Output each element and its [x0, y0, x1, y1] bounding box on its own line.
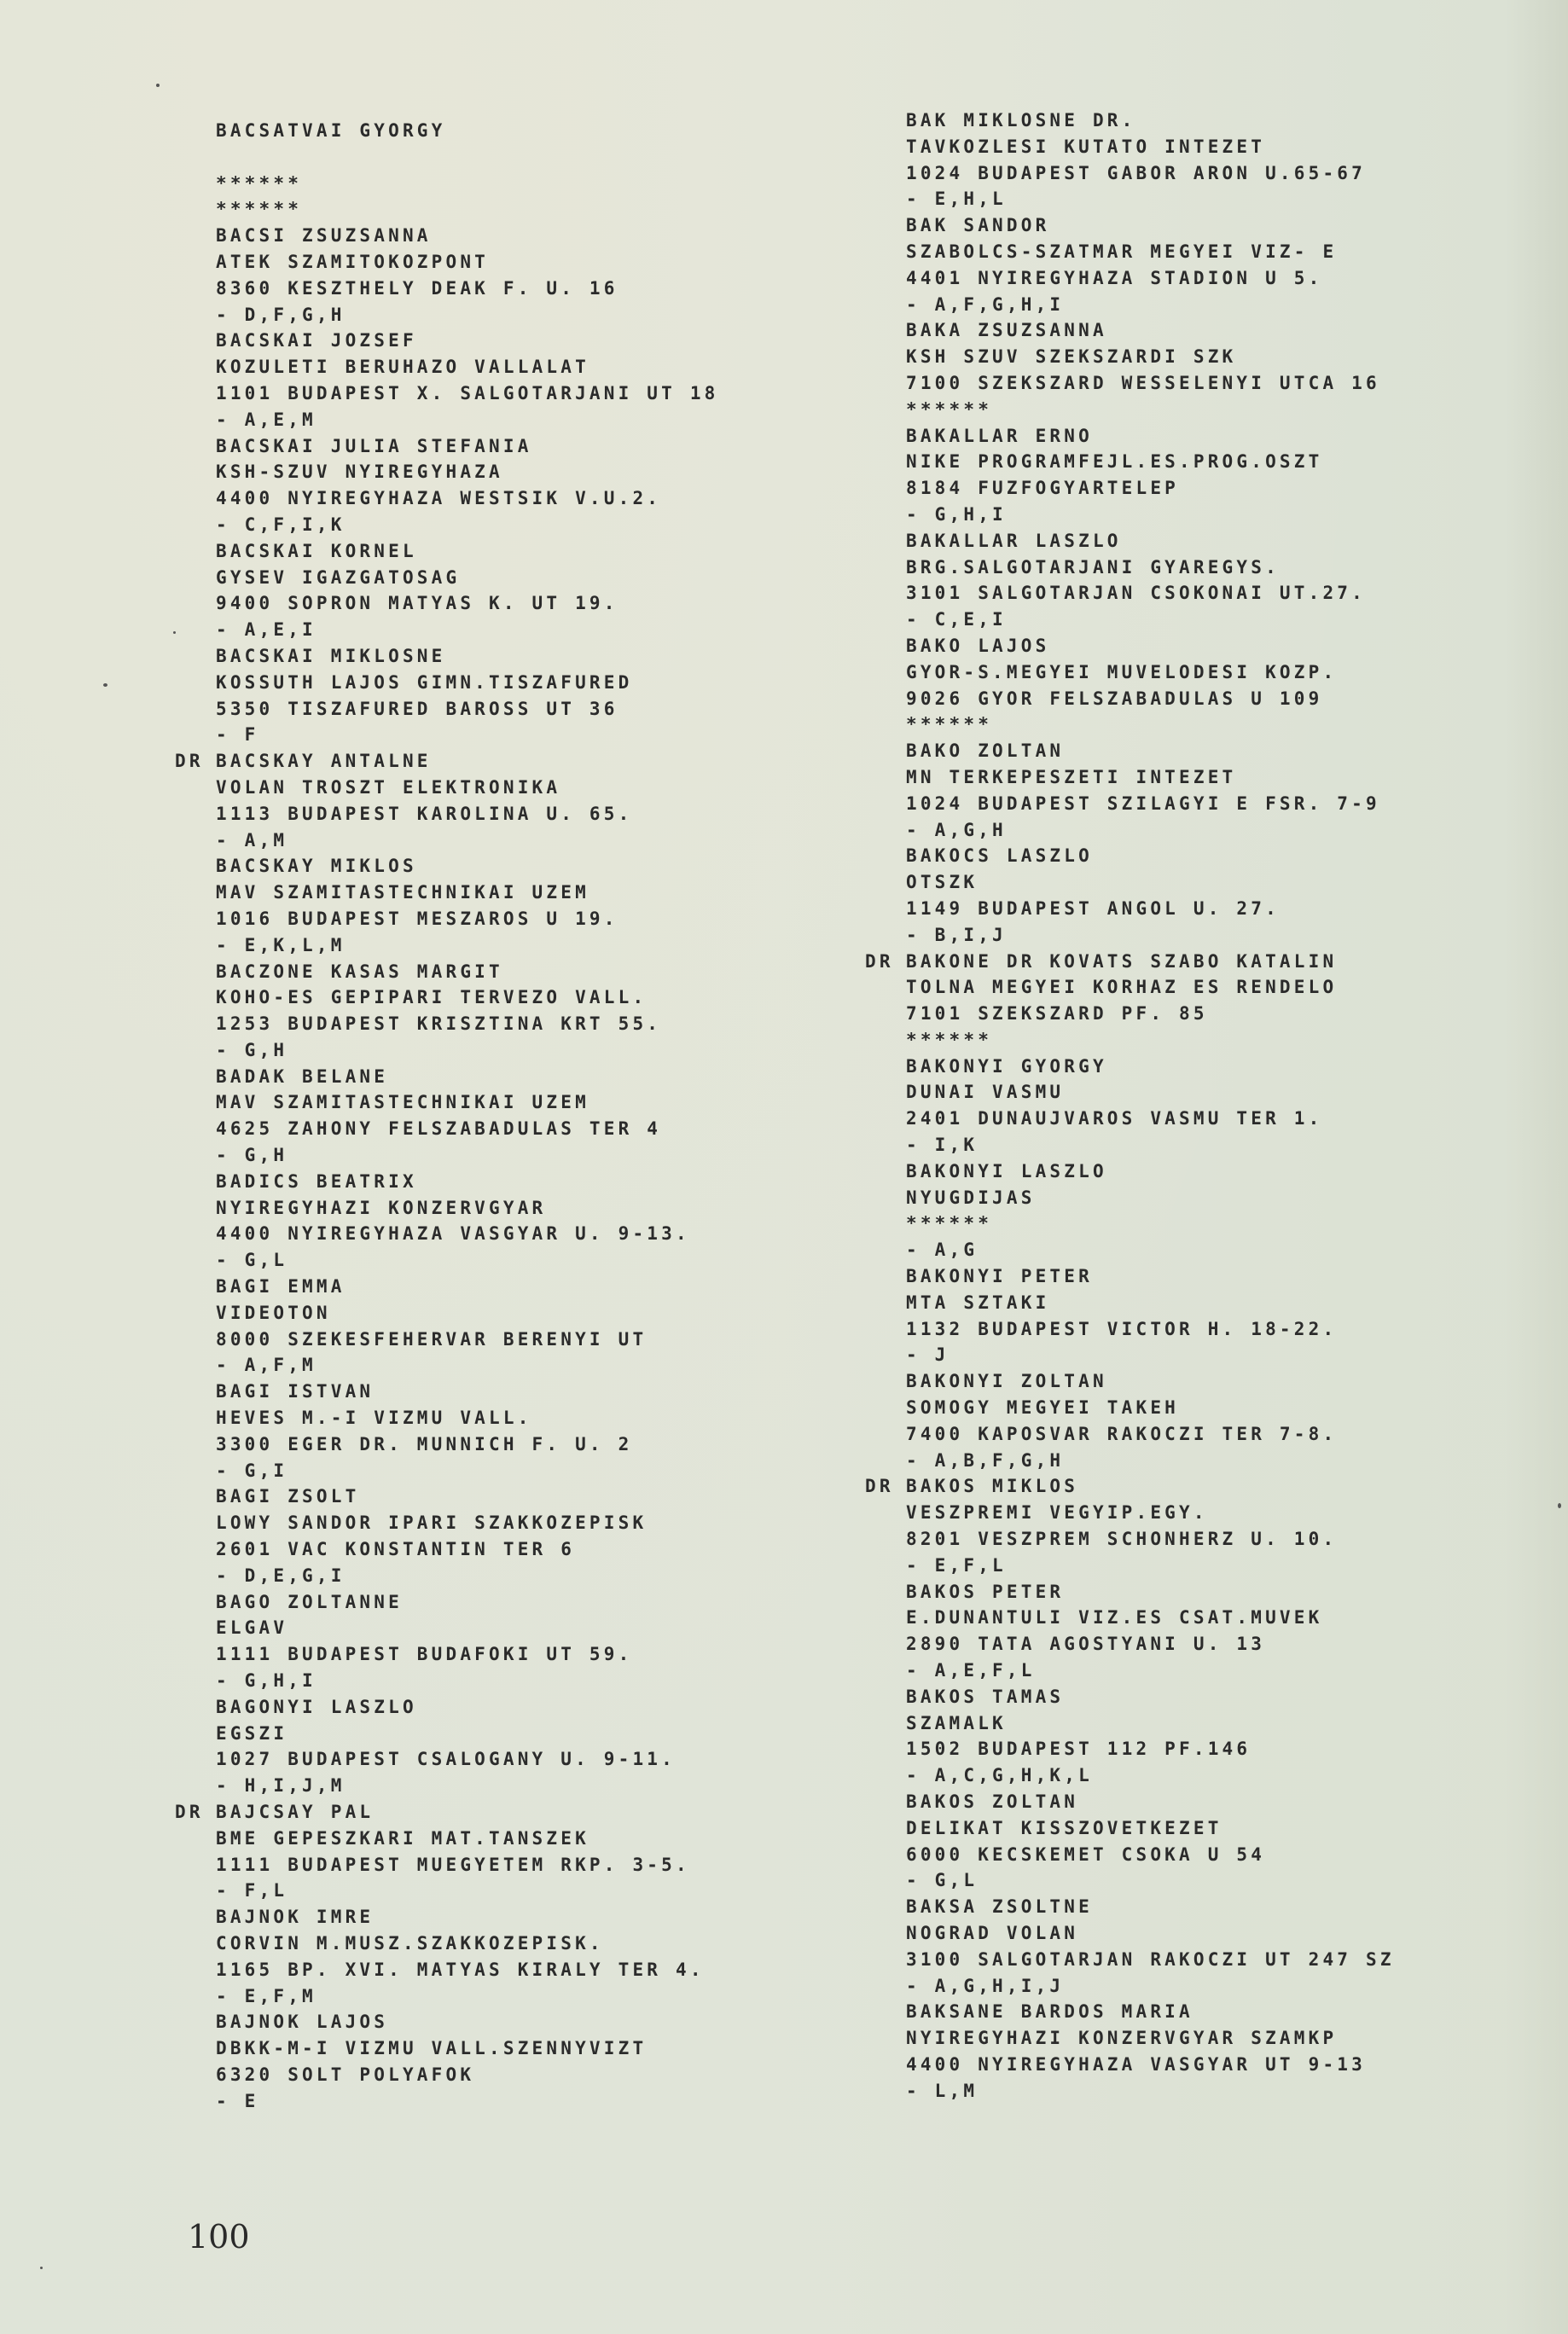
entry-text: BACSI ZSUZSANNA [216, 223, 432, 249]
title-prefix [865, 2025, 906, 2052]
title-prefix [175, 2009, 216, 2035]
directory-line: 2890 TATA AGOSTYANI U. 13 [865, 1631, 1395, 1658]
entry-text: BACZONE KASAS MARGIT [216, 959, 503, 985]
directory-line: BAKA ZSUZSANNA [865, 317, 1395, 344]
directory-line: 6000 KECSKEMET CSOKA U 54 [865, 1842, 1395, 1868]
title-prefix [175, 1405, 216, 1431]
title-prefix [175, 1352, 216, 1379]
directory-line: 2601 VAC KONSTANTIN TER 6 [175, 1536, 719, 1563]
entry-text: - D,E,G,I [216, 1563, 346, 1589]
entry-text: BACSKAI JOZSEF [216, 328, 417, 354]
entry-text: - B,I,J [906, 922, 1007, 949]
entry-text: HEVES M.-I VIZMU VALL. [216, 1405, 532, 1431]
title-prefix [175, 1327, 216, 1353]
title-prefix [175, 118, 216, 144]
entry-text: DELIKAT KISSZOVETKEZET [906, 1815, 1222, 1842]
title-prefix [865, 2078, 906, 2105]
entry-text: BAKONE DR KOVATS SZABO KATALIN [906, 949, 1337, 975]
title-prefix [175, 1195, 216, 1222]
title-prefix [865, 1185, 906, 1211]
directory-line: ATEK SZAMITOKOZPONT [175, 249, 719, 276]
paper-speck [173, 631, 176, 634]
entry-text: - D,F,G,H [216, 302, 346, 328]
directory-line: BAKOS PETER [865, 1579, 1395, 1605]
directory-line: 1111 BUDAPEST MUEGYETEM RKP. 3-5. [175, 1852, 719, 1878]
entry-text: ****** [216, 171, 302, 197]
entry-text: NYIREGYHAZI KONZERVGYAR SZAMKP [906, 2025, 1337, 2052]
directory-line: BME GEPESZKARI MAT.TANSZEK [175, 1826, 719, 1852]
title-prefix [865, 186, 906, 212]
title-prefix [175, 1878, 216, 1904]
directory-line: BAKOCS LASZLO [865, 843, 1395, 869]
title-prefix: DR [865, 1473, 906, 1500]
entry-text: 8201 VESZPREM SCHONHERZ U. 10. [906, 1526, 1337, 1553]
directory-line: BAGI ISTVAN [175, 1379, 719, 1405]
directory-line: MTA SZTAKI [865, 1290, 1395, 1316]
directory-line: ****** [865, 1211, 1395, 1237]
directory-line: VOLAN TROSZT ELEKTRONIKA [175, 775, 719, 801]
directory-line: SOMOGY MEGYEI TAKEH [865, 1395, 1395, 1421]
directory-line: BAKOS ZOLTAN [865, 1789, 1395, 1815]
title-prefix [175, 1011, 216, 1037]
title-prefix [175, 2088, 216, 2115]
directory-line: E.DUNANTULI VIZ.ES CSAT.MUVEK [865, 1605, 1395, 1631]
directory-line: BAJNOK LAJOS [175, 2009, 719, 2035]
title-prefix [865, 580, 906, 607]
entry-text: ****** [906, 711, 992, 738]
directory-line: 4400 NYIREGYHAZA VASGYAR U. 9-13. [175, 1221, 719, 1247]
title-prefix [175, 1930, 216, 1957]
title-prefix [865, 475, 906, 502]
entry-text: ATEK SZAMITOKOZPONT [216, 249, 489, 276]
directory-line: - A,G,H [865, 817, 1395, 844]
title-prefix [175, 380, 216, 407]
title-prefix [865, 1526, 906, 1553]
directory-line: 9026 GYOR FELSZABADULAS U 109 [865, 686, 1395, 712]
title-prefix [865, 974, 906, 1001]
directory-line: BAKSANE BARDOS MARIA [865, 1999, 1395, 2025]
title-prefix [175, 433, 216, 460]
entry-text: OTSZK [906, 869, 978, 896]
title-prefix [865, 1211, 906, 1237]
directory-line: 5350 TISZAFURED BAROSS UT 36 [175, 696, 719, 723]
entry-text: 1149 BUDAPEST ANGOL U. 27. [906, 896, 1280, 922]
directory-line: SZABOLCS-SZATMAR MEGYEI VIZ- E [865, 239, 1395, 265]
directory-line: 1253 BUDAPEST KRISZTINA KRT 55. [175, 1011, 719, 1037]
title-prefix [865, 633, 906, 659]
directory-line: - D,F,G,H [175, 302, 719, 328]
title-prefix [175, 1169, 216, 1195]
title-prefix [865, 1973, 906, 2000]
title-prefix [865, 1579, 906, 1605]
title-prefix [865, 1027, 906, 1054]
entry-text: BAGONYI LASZLO [216, 1694, 417, 1721]
entry-text: ****** [906, 1027, 992, 1054]
title-prefix [865, 1947, 906, 1973]
title-prefix [175, 249, 216, 276]
entry-text: GYSEV IGAZGATOSAG [216, 565, 460, 591]
entry-text: BAKSANE BARDOS MARIA [906, 1999, 1193, 2025]
directory-line: BAKONYI LASZLO [865, 1158, 1395, 1185]
directory-line: NIKE PROGRAMFEJL.ES.PROG.OSZT [865, 449, 1395, 475]
directory-line: CORVIN M.MUSZ.SZAKKOZEPISK. [175, 1930, 719, 1957]
title-prefix [865, 711, 906, 738]
directory-line: - A,C,G,H,K,L [865, 1762, 1395, 1789]
title-prefix: DR [865, 949, 906, 975]
title-prefix [865, 1736, 906, 1762]
directory-line: BACSKAI JULIA STEFANIA [175, 433, 719, 460]
entry-text: VIDEOTON [216, 1300, 331, 1327]
title-prefix [175, 1458, 216, 1484]
title-prefix [175, 1983, 216, 2010]
entry-text: 1132 BUDAPEST VICTOR H. 18-22. [906, 1316, 1337, 1343]
title-prefix [865, 212, 906, 239]
directory-line: - C,E,I [865, 607, 1395, 633]
title-prefix [865, 817, 906, 844]
title-prefix [175, 959, 216, 985]
directory-line: MN TERKEPESZETI INTEZET [865, 764, 1395, 791]
title-prefix [175, 932, 216, 959]
title-prefix: DR [175, 1799, 216, 1826]
entry-text: BAGI EMMA [216, 1274, 346, 1300]
title-prefix [175, 1274, 216, 1300]
title-prefix [175, 223, 216, 249]
title-prefix [865, 1395, 906, 1421]
directory-line: TOLNA MEGYEI KORHAZ ES RENDELO [865, 974, 1395, 1001]
entry-text: - E,F,L [906, 1553, 1007, 1579]
directory-line: - F [175, 722, 719, 748]
directory-line: BAKO LAJOS [865, 633, 1395, 659]
directory-line: 3300 EGER DR. MUNNICH F. U. 2 [175, 1431, 719, 1458]
directory-line: - A,E,I [175, 617, 719, 643]
entry-text: NYUGDIJAS [906, 1185, 1036, 1211]
title-prefix [175, 407, 216, 433]
entry-text: CORVIN M.MUSZ.SZAKKOZEPISK. [216, 1930, 604, 1957]
title-prefix [865, 1079, 906, 1106]
directory-line: - A,E,M [175, 407, 719, 433]
entry-text: BME GEPESZKARI MAT.TANSZEK [216, 1826, 589, 1852]
directory-line: BADICS BEATRIX [175, 1169, 719, 1195]
title-prefix [175, 1721, 216, 1747]
title-prefix [175, 1037, 216, 1064]
entry-text: 1101 BUDAPEST X. SALGOTARJANI UT 18 [216, 380, 719, 407]
title-prefix [865, 1553, 906, 1579]
entry-text: 9026 GYOR FELSZABADULAS U 109 [906, 686, 1322, 712]
directory-line: 7100 SZEKSZARD WESSELENYI UTCA 16 [865, 370, 1395, 397]
directory-line: - E [175, 2088, 719, 2115]
directory-line: 1024 BUDAPEST GABOR ARON U.65-67 [865, 160, 1395, 187]
title-prefix [175, 1483, 216, 1510]
title-prefix [175, 1563, 216, 1589]
directory-line: 1101 BUDAPEST X. SALGOTARJANI UT 18 [175, 380, 719, 407]
directory-line: - A,E,F,L [865, 1658, 1395, 1684]
title-prefix [865, 607, 906, 633]
directory-line: BACSATVAI GYORGY [175, 118, 719, 144]
entry-text: 1111 BUDAPEST BUDAFOKI UT 59. [216, 1641, 632, 1668]
directory-line: BAJNOK IMRE [175, 1904, 719, 1930]
entry-text: SZABOLCS-SZATMAR MEGYEI VIZ- E [906, 239, 1337, 265]
entry-text: - J [906, 1342, 950, 1368]
title-prefix [865, 843, 906, 869]
title-prefix [175, 485, 216, 512]
directory-line: 8184 FUZFOGYARTELEP [865, 475, 1395, 502]
directory-line: KOHO-ES GEPIPARI TERVEZO VALL. [175, 984, 719, 1011]
directory-line: MAV SZAMITASTECHNIKAI UZEM [175, 880, 719, 906]
title-prefix [175, 1431, 216, 1458]
entry-text: 4400 NYIREGYHAZA VASGYAR UT 9-13 [906, 2052, 1366, 2078]
title-prefix [175, 880, 216, 906]
paper-speck [40, 2267, 43, 2269]
title-prefix [175, 2035, 216, 2062]
title-prefix [175, 1957, 216, 1983]
entry-text: BAKO LAJOS [906, 633, 1049, 659]
entry-text: 5350 TISZAFURED BAROSS UT 36 [216, 696, 618, 723]
entry-text: BACSKAI JULIA STEFANIA [216, 433, 532, 460]
directory-line: BAK MIKLOSNE DR. [865, 107, 1395, 134]
directory-line: DBKK-M-I VIZMU VALL.SZENNYVIZT [175, 2035, 719, 2062]
entry-text: BAGO ZOLTANNE [216, 1589, 403, 1616]
title-prefix [175, 1300, 216, 1327]
entry-text: BAKOS MIKLOS [906, 1473, 1078, 1500]
entry-text: - G,I [216, 1458, 287, 1484]
entry-text: BAKALLAR LASZLO [906, 528, 1122, 554]
entry-text: BACSKAI KORNEL [216, 538, 417, 565]
title-prefix [175, 1064, 216, 1090]
directory-line: - G,L [865, 1867, 1395, 1894]
title-prefix [865, 554, 906, 581]
title-prefix [865, 922, 906, 949]
entry-text: 1024 BUDAPEST GABOR ARON U.65-67 [906, 160, 1366, 187]
title-prefix [175, 512, 216, 538]
entry-text: BAKO ZOLTAN [906, 738, 1064, 764]
entry-text: SZAMALK [906, 1710, 1007, 1737]
title-prefix [175, 1852, 216, 1878]
entry-text: SOMOGY MEGYEI TAKEH [906, 1395, 1179, 1421]
entry-text: 4400 NYIREGYHAZA VASGYAR U. 9-13. [216, 1221, 690, 1247]
directory-line: 4401 NYIREGYHAZA STADION U 5. [865, 265, 1395, 292]
entry-text: - E [216, 2088, 259, 2115]
directory-line: DRBACSKAY ANTALNE [175, 748, 719, 775]
entry-text: BAK SANDOR [906, 212, 1049, 239]
entry-text: - E,H,L [906, 186, 1007, 212]
entry-text: 3100 SALGOTARJAN RAKOCZI UT 247 SZ [906, 1947, 1395, 1973]
directory-line: VIDEOTON [175, 1300, 719, 1327]
directory-line: 7400 KAPOSVAR RAKOCZI TER 7-8. [865, 1421, 1395, 1448]
title-prefix [865, 1448, 906, 1474]
entry-text: BAKA ZSUZSANNA [906, 317, 1107, 344]
entry-text: - H,I,J,M [216, 1773, 346, 1799]
directory-line: 1149 BUDAPEST ANGOL U. 27. [865, 896, 1395, 922]
entry-text: - A,M [216, 827, 287, 854]
entry-text: DBKK-M-I VIZMU VALL.SZENNYVIZT [216, 2035, 647, 2062]
directory-line: BAGI EMMA [175, 1274, 719, 1300]
entry-text: - A,C,G,H,K,L [906, 1762, 1093, 1789]
entry-text: - G,H [216, 1142, 287, 1169]
directory-line: BAKALLAR LASZLO [865, 528, 1395, 554]
entry-text: - A,F,M [216, 1352, 317, 1379]
directory-line: BAGONYI LASZLO [175, 1694, 719, 1721]
title-prefix [175, 1379, 216, 1405]
title-prefix [865, 791, 906, 817]
directory-line: - G,H,I [865, 502, 1395, 528]
entry-text: 1165 BP. XVI. MATYAS KIRALY TER 4. [216, 1957, 705, 1983]
entry-text: BACSKAY MIKLOS [216, 853, 417, 880]
title-prefix [175, 801, 216, 827]
title-prefix [175, 302, 216, 328]
entry-text: 4625 ZAHONY FELSZABADULAS TER 4 [216, 1116, 661, 1142]
title-prefix [865, 2052, 906, 2078]
directory-line: KSH-SZUV NYIREGYHAZA [175, 459, 719, 485]
entry-text: 2401 DUNAUJVAROS VASMU TER 1. [906, 1106, 1322, 1132]
directory-line: - I,K [865, 1132, 1395, 1158]
directory-line: MAV SZAMITASTECHNIKAI UZEM [175, 1089, 719, 1116]
title-prefix [865, 686, 906, 712]
directory-line: 1111 BUDAPEST BUDAFOKI UT 59. [175, 1641, 719, 1668]
title-prefix [865, 1710, 906, 1737]
title-prefix [865, 1605, 906, 1631]
directory-line: BACSI ZSUZSANNA [175, 223, 719, 249]
title-prefix [865, 423, 906, 450]
directory-line: KSH SZUV SZEKSZARDI SZK [865, 344, 1395, 370]
directory-line: BACZONE KASAS MARGIT [175, 959, 719, 985]
title-prefix [175, 906, 216, 932]
entry-text: - I,K [906, 1132, 978, 1158]
directory-line: - F,L [175, 1878, 719, 1904]
title-prefix [865, 1658, 906, 1684]
entry-text: EGSZI [216, 1721, 287, 1747]
entry-text: BAJNOK LAJOS [216, 2009, 388, 2035]
entry-text: BAKONYI ZOLTAN [906, 1368, 1107, 1395]
directory-line: - A,G [865, 1237, 1395, 1263]
left-column: BACSATVAI GYORGY************BACSI ZSUZSA… [175, 118, 719, 2115]
directory-line: OTSZK [865, 869, 1395, 896]
directory-line: BAKSA ZSOLTNE [865, 1894, 1395, 1920]
title-prefix [865, 160, 906, 187]
title-prefix [175, 354, 216, 380]
entry-text: BAKOCS LASZLO [906, 843, 1093, 869]
title-prefix [175, 1641, 216, 1668]
entry-text: 3101 SALGOTARJAN CSOKONAI UT.27. [906, 580, 1366, 607]
entry-text: - E,K,L,M [216, 932, 346, 959]
entry-text: BAGI ZSOLT [216, 1483, 359, 1510]
title-prefix [865, 1421, 906, 1448]
entry-text: GYOR-S.MEGYEI MUVELODESI KOZP. [906, 659, 1337, 686]
entry-text: BAKONYI PETER [906, 1263, 1093, 1290]
entry-text: - A,E,I [216, 617, 317, 643]
title-prefix [175, 1668, 216, 1694]
title-prefix [865, 239, 906, 265]
entry-text: 1113 BUDAPEST KAROLINA U. 65. [216, 801, 632, 827]
entry-text: 1111 BUDAPEST MUEGYETEM RKP. 3-5. [216, 1852, 690, 1878]
directory-line: 1113 BUDAPEST KAROLINA U. 65. [175, 801, 719, 827]
title-prefix [175, 196, 216, 223]
entry-text: MAV SZAMITASTECHNIKAI UZEM [216, 880, 589, 906]
entry-text: - A,F,G,H,I [906, 292, 1064, 318]
directory-line: BAKONYI ZOLTAN [865, 1368, 1395, 1395]
entry-text: - F [216, 722, 259, 748]
title-prefix [865, 1054, 906, 1080]
directory-line: DUNAI VASMU [865, 1079, 1395, 1106]
directory-line: - A,F,G,H,I [865, 292, 1395, 318]
entry-text: KSH-SZUV NYIREGYHAZA [216, 459, 503, 485]
title-prefix [175, 1615, 216, 1641]
title-prefix [175, 1746, 216, 1773]
entry-text: BAKONYI GYORGY [906, 1054, 1107, 1080]
directory-page: BACSATVAI GYORGY************BACSI ZSUZSA… [0, 0, 1568, 2334]
title-prefix [175, 643, 216, 670]
directory-line: NOGRAD VOLAN [865, 1920, 1395, 1947]
directory-line: ELGAV [175, 1615, 719, 1641]
entry-text: KOSSUTH LAJOS GIMN.TISZAFURED [216, 670, 632, 696]
title-prefix [175, 1510, 216, 1536]
directory-line: ****** [175, 196, 719, 223]
title-prefix [865, 1132, 906, 1158]
entry-text: BRG.SALGOTARJANI GYAREGYS. [906, 554, 1280, 581]
entry-text: BACSKAI MIKLOSNE [216, 643, 446, 670]
directory-line: DRBAKONE DR KOVATS SZABO KATALIN [865, 949, 1395, 975]
directory-line: 4400 NYIREGYHAZA VASGYAR UT 9-13 [865, 2052, 1395, 2078]
title-prefix [865, 1158, 906, 1185]
directory-line: GYOR-S.MEGYEI MUVELODESI KOZP. [865, 659, 1395, 686]
entry-text: ****** [906, 1211, 992, 1237]
entry-text: 4400 NYIREGYHAZA WESTSIK V.U.2. [216, 485, 661, 512]
title-prefix [175, 696, 216, 723]
paper-speck [1558, 1503, 1561, 1508]
title-prefix [865, 1867, 906, 1894]
directory-line: NYIREGYHAZI KONZERVGYAR SZAMKP [865, 2025, 1395, 2052]
title-prefix [175, 459, 216, 485]
entry-text: - G,L [216, 1247, 287, 1274]
entry-text: 1027 BUDAPEST CSALOGANY U. 9-11. [216, 1746, 676, 1773]
title-prefix [175, 1826, 216, 1852]
title-prefix [865, 1789, 906, 1815]
entry-text: 2601 VAC KONSTANTIN TER 6 [216, 1536, 575, 1563]
directory-line: KOZULETI BERUHAZO VALLALAT [175, 354, 719, 380]
title-prefix [865, 1684, 906, 1710]
entry-text: BAKOS TAMAS [906, 1684, 1064, 1710]
entry-text: E.DUNANTULI VIZ.ES CSAT.MUVEK [906, 1605, 1322, 1631]
title-prefix: DR [175, 748, 216, 775]
entry-text: - L,M [906, 2078, 978, 2105]
title-prefix [865, 896, 906, 922]
directory-line: 1502 BUDAPEST 112 PF.146 [865, 1736, 1395, 1762]
entry-text: BACSATVAI GYORGY [216, 118, 446, 144]
title-prefix [175, 2062, 216, 2088]
title-prefix [175, 1904, 216, 1930]
directory-line: - E,H,L [865, 186, 1395, 212]
entry-text: - A,E,F,L [906, 1658, 1036, 1684]
directory-line: BACSKAI JOZSEF [175, 328, 719, 354]
paper-speck [156, 84, 160, 87]
directory-line: 1027 BUDAPEST CSALOGANY U. 9-11. [175, 1746, 719, 1773]
title-prefix [175, 1116, 216, 1142]
directory-line: BAKALLAR ERNO [865, 423, 1395, 450]
title-prefix [175, 775, 216, 801]
directory-line: 1132 BUDAPEST VICTOR H. 18-22. [865, 1316, 1395, 1343]
directory-line: - G,H [175, 1037, 719, 1064]
entry-text: BAKOS PETER [906, 1579, 1064, 1605]
directory-line: - C,F,I,K [175, 512, 719, 538]
entry-text: BAK MIKLOSNE DR. [906, 107, 1136, 134]
entry-text: 7100 SZEKSZARD WESSELENYI UTCA 16 [906, 370, 1380, 397]
entry-text: KOZULETI BERUHAZO VALLALAT [216, 354, 589, 380]
directory-line: NYIREGYHAZI KONZERVGYAR [175, 1195, 719, 1222]
title-prefix [865, 107, 906, 134]
directory-line: - A,F,M [175, 1352, 719, 1379]
title-prefix [865, 1500, 906, 1526]
entry-text: 1502 BUDAPEST 112 PF.146 [906, 1736, 1251, 1762]
directory-line: - G,L [175, 1247, 719, 1274]
